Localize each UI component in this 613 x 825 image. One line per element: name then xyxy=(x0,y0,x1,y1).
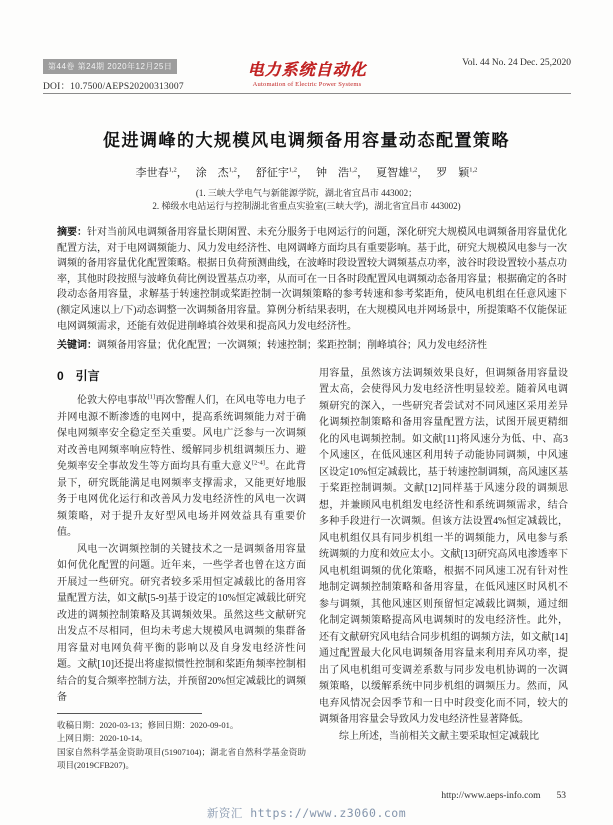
page-footer: http://www.aeps-info.com53 xyxy=(441,791,566,801)
footnote: 收稿日期：2020-03-13；修回日期：2020-09-01。 上网日期：20… xyxy=(57,713,306,773)
footnote-funding: 国家自然科学基金资助项目(51907104)；湖北省自然科学基金资助项目(201… xyxy=(57,746,306,773)
section-heading: 0 引言 xyxy=(57,368,306,385)
citation: [2-4] xyxy=(252,460,265,467)
keywords: 关键词：调频备用容量；优化配置；一次调频；转速控制；桨距控制；削峰填谷；风力发电… xyxy=(57,338,567,354)
affiliation-line: 2. 梯级水电站运行与控制湖北省重点实验室(三峡大学)，湖北省宜昌市 44300… xyxy=(0,200,613,213)
left-column: 0 引言 伦敦大停电事故[1]再次警醒人们，在风电等电力电子并网电源不断渗透的电… xyxy=(57,366,306,773)
abstract: 摘要：针对当前风电调频备用容量长期闲置、未充分服务于电网运行的问题，深化研究大规… xyxy=(57,225,567,334)
page-header: 第44卷 第24期 2020年12月25日 DOI：10.7500/AEPS20… xyxy=(43,56,571,94)
author: 舒征宇1,2， xyxy=(256,167,308,179)
paragraph: 综上所述，当前相关文献主要采取恒定减载比 xyxy=(319,729,568,746)
body-columns: 0 引言 伦敦大停电事故[1]再次警醒人们，在风电等电力电子并网电源不断渗透的电… xyxy=(57,366,568,773)
doi: DOI：10.7500/AEPS20200313007 xyxy=(43,78,233,92)
journal-logo-en: Automation of Electric Power Systems xyxy=(247,81,366,88)
keywords-label: 关键词： xyxy=(57,340,97,351)
journal-logo-cn: 电力系统自动化 xyxy=(247,57,366,80)
volume-info: Vol. 44 No. 24 Dec. 25,2020 xyxy=(381,58,571,68)
keywords-text: 调频备用容量；优化配置；一次调频；转速控制；桨距控制；削峰填谷；风力发电经济性 xyxy=(97,340,487,351)
author: 涂 杰1,2， xyxy=(196,167,248,179)
author: 钟 浩1,2， xyxy=(316,167,368,179)
author: 夏智雄1,2， xyxy=(376,167,428,179)
affiliation-line: (1. 三峡大学电气与新能源学院，湖北省宜昌市 443002； xyxy=(0,187,613,200)
journal-logo: 电力系统自动化 Automation of Electric Power Sys… xyxy=(247,57,366,88)
abstract-label: 摘要： xyxy=(57,227,87,238)
author: 罗 颖1,2 xyxy=(436,167,477,179)
author-line: 李世春1,2，涂 杰1,2，舒征宇1,2，钟 浩1,2，夏智雄1,2，罗 颖1,… xyxy=(0,164,613,180)
citation: [1] xyxy=(147,394,155,401)
right-column: 用容量，虽然该方法调频效果良好，但调频备用容量设置太高，会使得风力发电经济性明显… xyxy=(319,366,568,773)
footnote-received: 收稿日期：2020-03-13；修回日期：2020-09-01。 xyxy=(57,719,306,733)
affiliations: (1. 三峡大学电气与新能源学院，湖北省宜昌市 443002； 2. 梯级水电站… xyxy=(0,187,613,213)
issue-box: 第44卷 第24期 2020年12月25日 xyxy=(43,59,177,74)
footnote-online: 上网日期：2020-10-14。 xyxy=(57,732,306,746)
paragraph: 伦敦大停电事故[1]再次警醒人们，在风电等电力电子并网电源不断渗透的电网中，提高… xyxy=(57,393,306,542)
journal-url: http://www.aeps-info.com xyxy=(441,791,540,801)
footnote-divider xyxy=(57,713,202,714)
paper-title: 促进调峰的大规模风电调频备用容量动态配置策略 xyxy=(0,126,613,151)
page-number: 53 xyxy=(557,791,567,801)
watermark: 新资汇 https://www.z3060.com xyxy=(0,805,613,821)
author: 李世春1,2， xyxy=(136,167,188,179)
paragraph: 用容量，虽然该方法调频效果良好，但调频备用容量设置太高，会使得风力发电经济性明显… xyxy=(319,366,568,729)
journal-page: 第44卷 第24期 2020年12月25日 DOI：10.7500/AEPS20… xyxy=(0,0,613,825)
paragraph: 风电一次调频控制的关键技术之一是调频备用容量如何优化配置的问题。近年来，一些学者… xyxy=(57,542,306,707)
header-left: 第44卷 第24期 2020年12月25日 DOI：10.7500/AEPS20… xyxy=(43,56,233,92)
abstract-text: 针对当前风电调频备用容量长期闲置、未充分服务于电网运行的问题，深化研究大规模风电… xyxy=(57,227,567,332)
